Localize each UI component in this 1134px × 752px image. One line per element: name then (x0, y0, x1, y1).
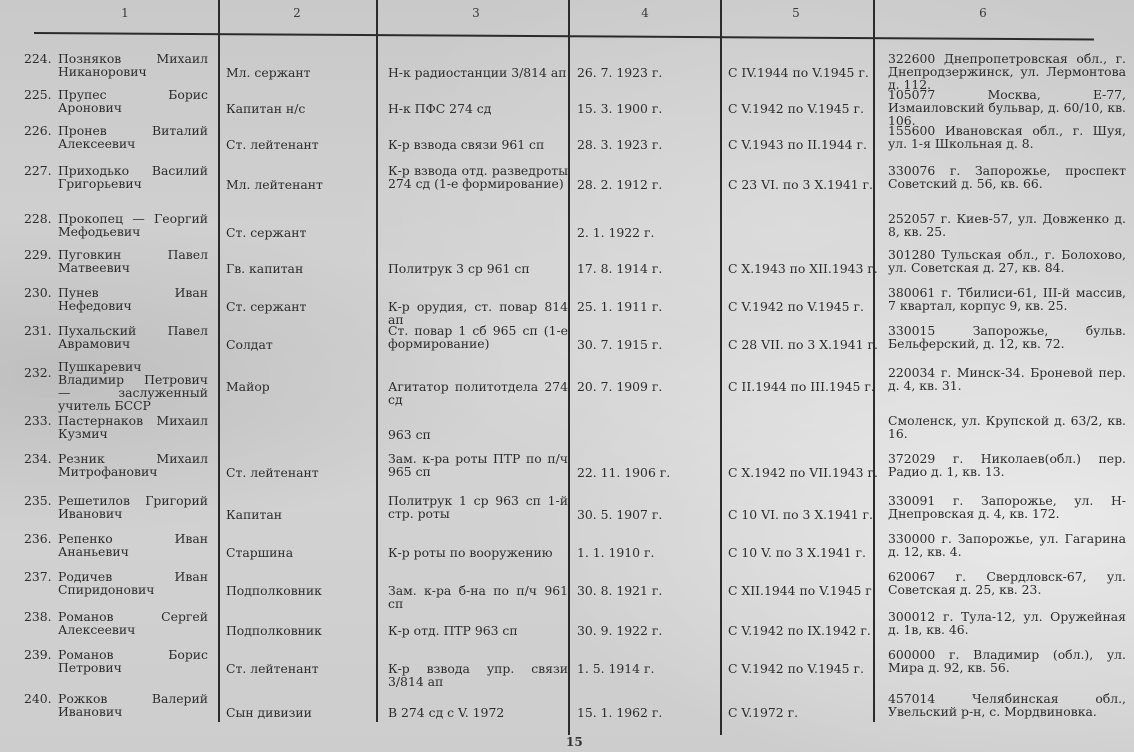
service-period: С 10 V. по 3 X.1941 г. (728, 546, 878, 559)
birth-date: 30. 5. 1907 г. (577, 508, 717, 521)
birth-date: 28. 2. 1912 г. (577, 178, 717, 191)
header-rule (34, 32, 1094, 40)
birth-date: 17. 8. 1914 г. (577, 262, 717, 275)
person-name: Прокопец — Георгий Мефодьевич (58, 212, 208, 238)
birth-date: 15. 3. 1900 г. (577, 102, 717, 115)
person-name: Приходько Василий Григорьевич (58, 164, 208, 190)
birth-date: 30. 8. 1921 г. (577, 584, 717, 597)
position: Н-к ПФС 274 сд (388, 102, 568, 115)
military-rank: Старшина (226, 546, 366, 559)
birth-date: 2. 1. 1922 г. (577, 226, 717, 239)
birth-date: 1. 5. 1914 г. (577, 662, 717, 675)
address: 220034 г. Минск-34. Броневой пер. д. 4, … (888, 366, 1126, 392)
record-number: 228. (24, 212, 58, 225)
column-number-1: 1 (100, 6, 150, 20)
birth-date: 22. 11. 1906 г. (577, 466, 717, 479)
birth-date: 20. 7. 1909 г. (577, 380, 717, 393)
position: Политрук 3 ср 961 сп (388, 262, 568, 275)
record-number: 239. (24, 648, 58, 661)
address: 380061 г. Тбилиси-61, III-й массив, 7 кв… (888, 286, 1126, 312)
position: К-р взвода упр. связи 3/814 ап (388, 662, 568, 688)
person-name: Романов Сергей Алексеевич (58, 610, 208, 636)
person-name: Резник Михаил Митрофанович (58, 452, 208, 478)
position: К-р взвода отд. разведроты 274 сд (1-е ф… (388, 164, 568, 190)
person-name: Прупес Борис Аронович (58, 88, 208, 114)
military-rank: Ст. сержант (226, 226, 366, 239)
record-number: 233. (24, 414, 58, 427)
person-name: Позняков Михаил Никанорович (58, 52, 208, 78)
military-rank: Подполковник (226, 584, 366, 597)
person-name: Пастернаков Михаил Кузмич (58, 414, 208, 440)
military-rank: Ст. лейтенант (226, 662, 366, 675)
birth-date: 30. 7. 1915 г. (577, 338, 717, 351)
person-name: Пухальский Павел Аврамович (58, 324, 208, 350)
position: В 274 сд с V. 1972 (388, 706, 568, 719)
record-number: 230. (24, 286, 58, 299)
address: 300012 г. Тула-12, ул. Оружейная д. 1в, … (888, 610, 1126, 636)
address: 105077 Москва, Е-77, Измаиловский бульва… (888, 88, 1126, 127)
military-rank: Майор (226, 380, 366, 393)
position: 963 сп (388, 428, 568, 441)
position: Ст. повар 1 сб 965 сп (1-е формирование) (388, 324, 568, 350)
record-number: 237. (24, 570, 58, 583)
position: К-р взвода связи 961 сп (388, 138, 568, 151)
birth-date: 1. 1. 1910 г. (577, 546, 717, 559)
column-divider (568, 0, 570, 735)
position: Зам. к-ра роты ПТР по п/ч 965 сп (388, 452, 568, 478)
military-rank: Гв. капитан (226, 262, 366, 275)
service-period: С 10 VI. по 3 X.1941 г. (728, 508, 878, 521)
person-name: Рожков Валерий Иванович (58, 692, 208, 718)
record-number: 225. (24, 88, 58, 101)
position: К-р роты по вооружению (388, 546, 568, 559)
address: 252057 г. Киев-57, ул. Довженко д. 8, кв… (888, 212, 1126, 238)
service-period: С X.1942 по VII.1943 г. (728, 466, 878, 479)
record-number: 229. (24, 248, 58, 261)
address: 330076 г. Запорожье, проспект Советский … (888, 164, 1126, 190)
record-number: 238. (24, 610, 58, 623)
service-period: С V.1942 по V.1945 г. (728, 300, 878, 313)
address: 330091 г. Запорожье, ул. Н-Днепровская д… (888, 494, 1126, 520)
person-name: Репенко Иван Ананьевич (58, 532, 208, 558)
address: 457014 Челябинская обл., Увельский р-н, … (888, 692, 1126, 718)
military-rank: Капитан (226, 508, 366, 521)
person-name: Романов Борис Петрович (58, 648, 208, 674)
military-rank: Солдат (226, 338, 366, 351)
military-rank: Ст. лейтенант (226, 138, 366, 151)
military-rank: Подполковник (226, 624, 366, 637)
page-number: 15 (566, 735, 583, 749)
service-period: С XII.1944 по V.1945 г. (728, 584, 878, 597)
person-name: Решетилов Григорий Иванович (58, 494, 208, 520)
column-divider (376, 0, 378, 722)
record-number: 227. (24, 164, 58, 177)
service-period: С V.1942 по V.1945 г. (728, 102, 878, 115)
military-rank: Ст. лейтенант (226, 466, 366, 479)
birth-date: 25. 1. 1911 г. (577, 300, 717, 313)
birth-date: 28. 3. 1923 г. (577, 138, 717, 151)
person-name: Пронев Виталий Алексеевич (58, 124, 208, 150)
address: 600000 г. Владимир (обл.), ул. Мира д. 9… (888, 648, 1126, 674)
record-number: 232. (24, 366, 58, 379)
address: 155600 Ивановская обл., г. Шуя, ул. 1-я … (888, 124, 1126, 150)
address: 330000 г. Запорожье, ул. Гагарина д. 12,… (888, 532, 1126, 558)
service-period: С V.1972 г. (728, 706, 878, 719)
service-period: С V.1942 по IX.1942 г. (728, 624, 878, 637)
record-number: 231. (24, 324, 58, 337)
record-number: 235. (24, 494, 58, 507)
column-number-3: 3 (451, 6, 501, 20)
birth-date: 30. 9. 1922 г. (577, 624, 717, 637)
service-period: С II.1944 по III.1945 г. (728, 380, 878, 393)
column-number-2: 2 (272, 6, 322, 20)
column-divider (720, 0, 722, 735)
column-number-6: 6 (958, 6, 1008, 20)
address: 301280 Тульская обл., г. Болохово, ул. С… (888, 248, 1126, 274)
record-number: 234. (24, 452, 58, 465)
address: 620067 г. Свердловск-67, ул. Советская д… (888, 570, 1126, 596)
position: Н-к радиостанции 3/814 ап (388, 66, 568, 79)
address: 322600 Днепропетровская обл., г. Днепрод… (888, 52, 1126, 91)
address: Смоленск, ул. Крупской д. 63/2, кв. 16. (888, 414, 1126, 440)
birth-date: 15. 1. 1962 г. (577, 706, 717, 719)
column-number-4: 4 (620, 6, 670, 20)
military-rank: Ст. сержант (226, 300, 366, 313)
document-page: 1 2 3 4 5 6 224.Позняков Михаил Никаноро… (0, 0, 1134, 752)
column-number-5: 5 (771, 6, 821, 20)
service-period: С V.1942 по V.1945 г. (728, 662, 878, 675)
service-period: С 23 VI. по 3 X.1941 г. (728, 178, 878, 191)
position: Зам. к-ра б-на по п/ч 961 сп (388, 584, 568, 610)
address: 372029 г. Николаев(обл.) пер. Радио д. 1… (888, 452, 1126, 478)
person-name: Пушкаревич Владимир Петрович — заслуженн… (58, 360, 208, 412)
column-divider (218, 0, 220, 722)
military-rank: Мл. лейтенант (226, 178, 366, 191)
position: Политрук 1 ср 963 сп 1-й стр. роты (388, 494, 568, 520)
military-rank: Капитан н/с (226, 102, 366, 115)
military-rank: Мл. сержант (226, 66, 366, 79)
person-name: Пуговкин Павел Матвеевич (58, 248, 208, 274)
service-period: С V.1943 по II.1944 г. (728, 138, 878, 151)
person-name: Родичев Иван Спиридонович (58, 570, 208, 596)
service-period: С IV.1944 по V.1945 г. (728, 66, 878, 79)
birth-date: 26. 7. 1923 г. (577, 66, 717, 79)
record-number: 236. (24, 532, 58, 545)
military-rank: Сын дивизии (226, 706, 366, 719)
service-period: С 28 VII. по 3 X.1941 г. (728, 338, 878, 351)
service-period: С X.1943 по XII.1943 г. (728, 262, 878, 275)
record-number: 226. (24, 124, 58, 137)
address: 330015 Запорожье, бульв. Бельферский, д.… (888, 324, 1126, 350)
record-number: 240. (24, 692, 58, 705)
record-number: 224. (24, 52, 58, 65)
position: Агитатор политотдела 274 сд (388, 380, 568, 406)
person-name: Пунев Иван Нефедович (58, 286, 208, 312)
position: К-р отд. ПТР 963 сп (388, 624, 568, 637)
